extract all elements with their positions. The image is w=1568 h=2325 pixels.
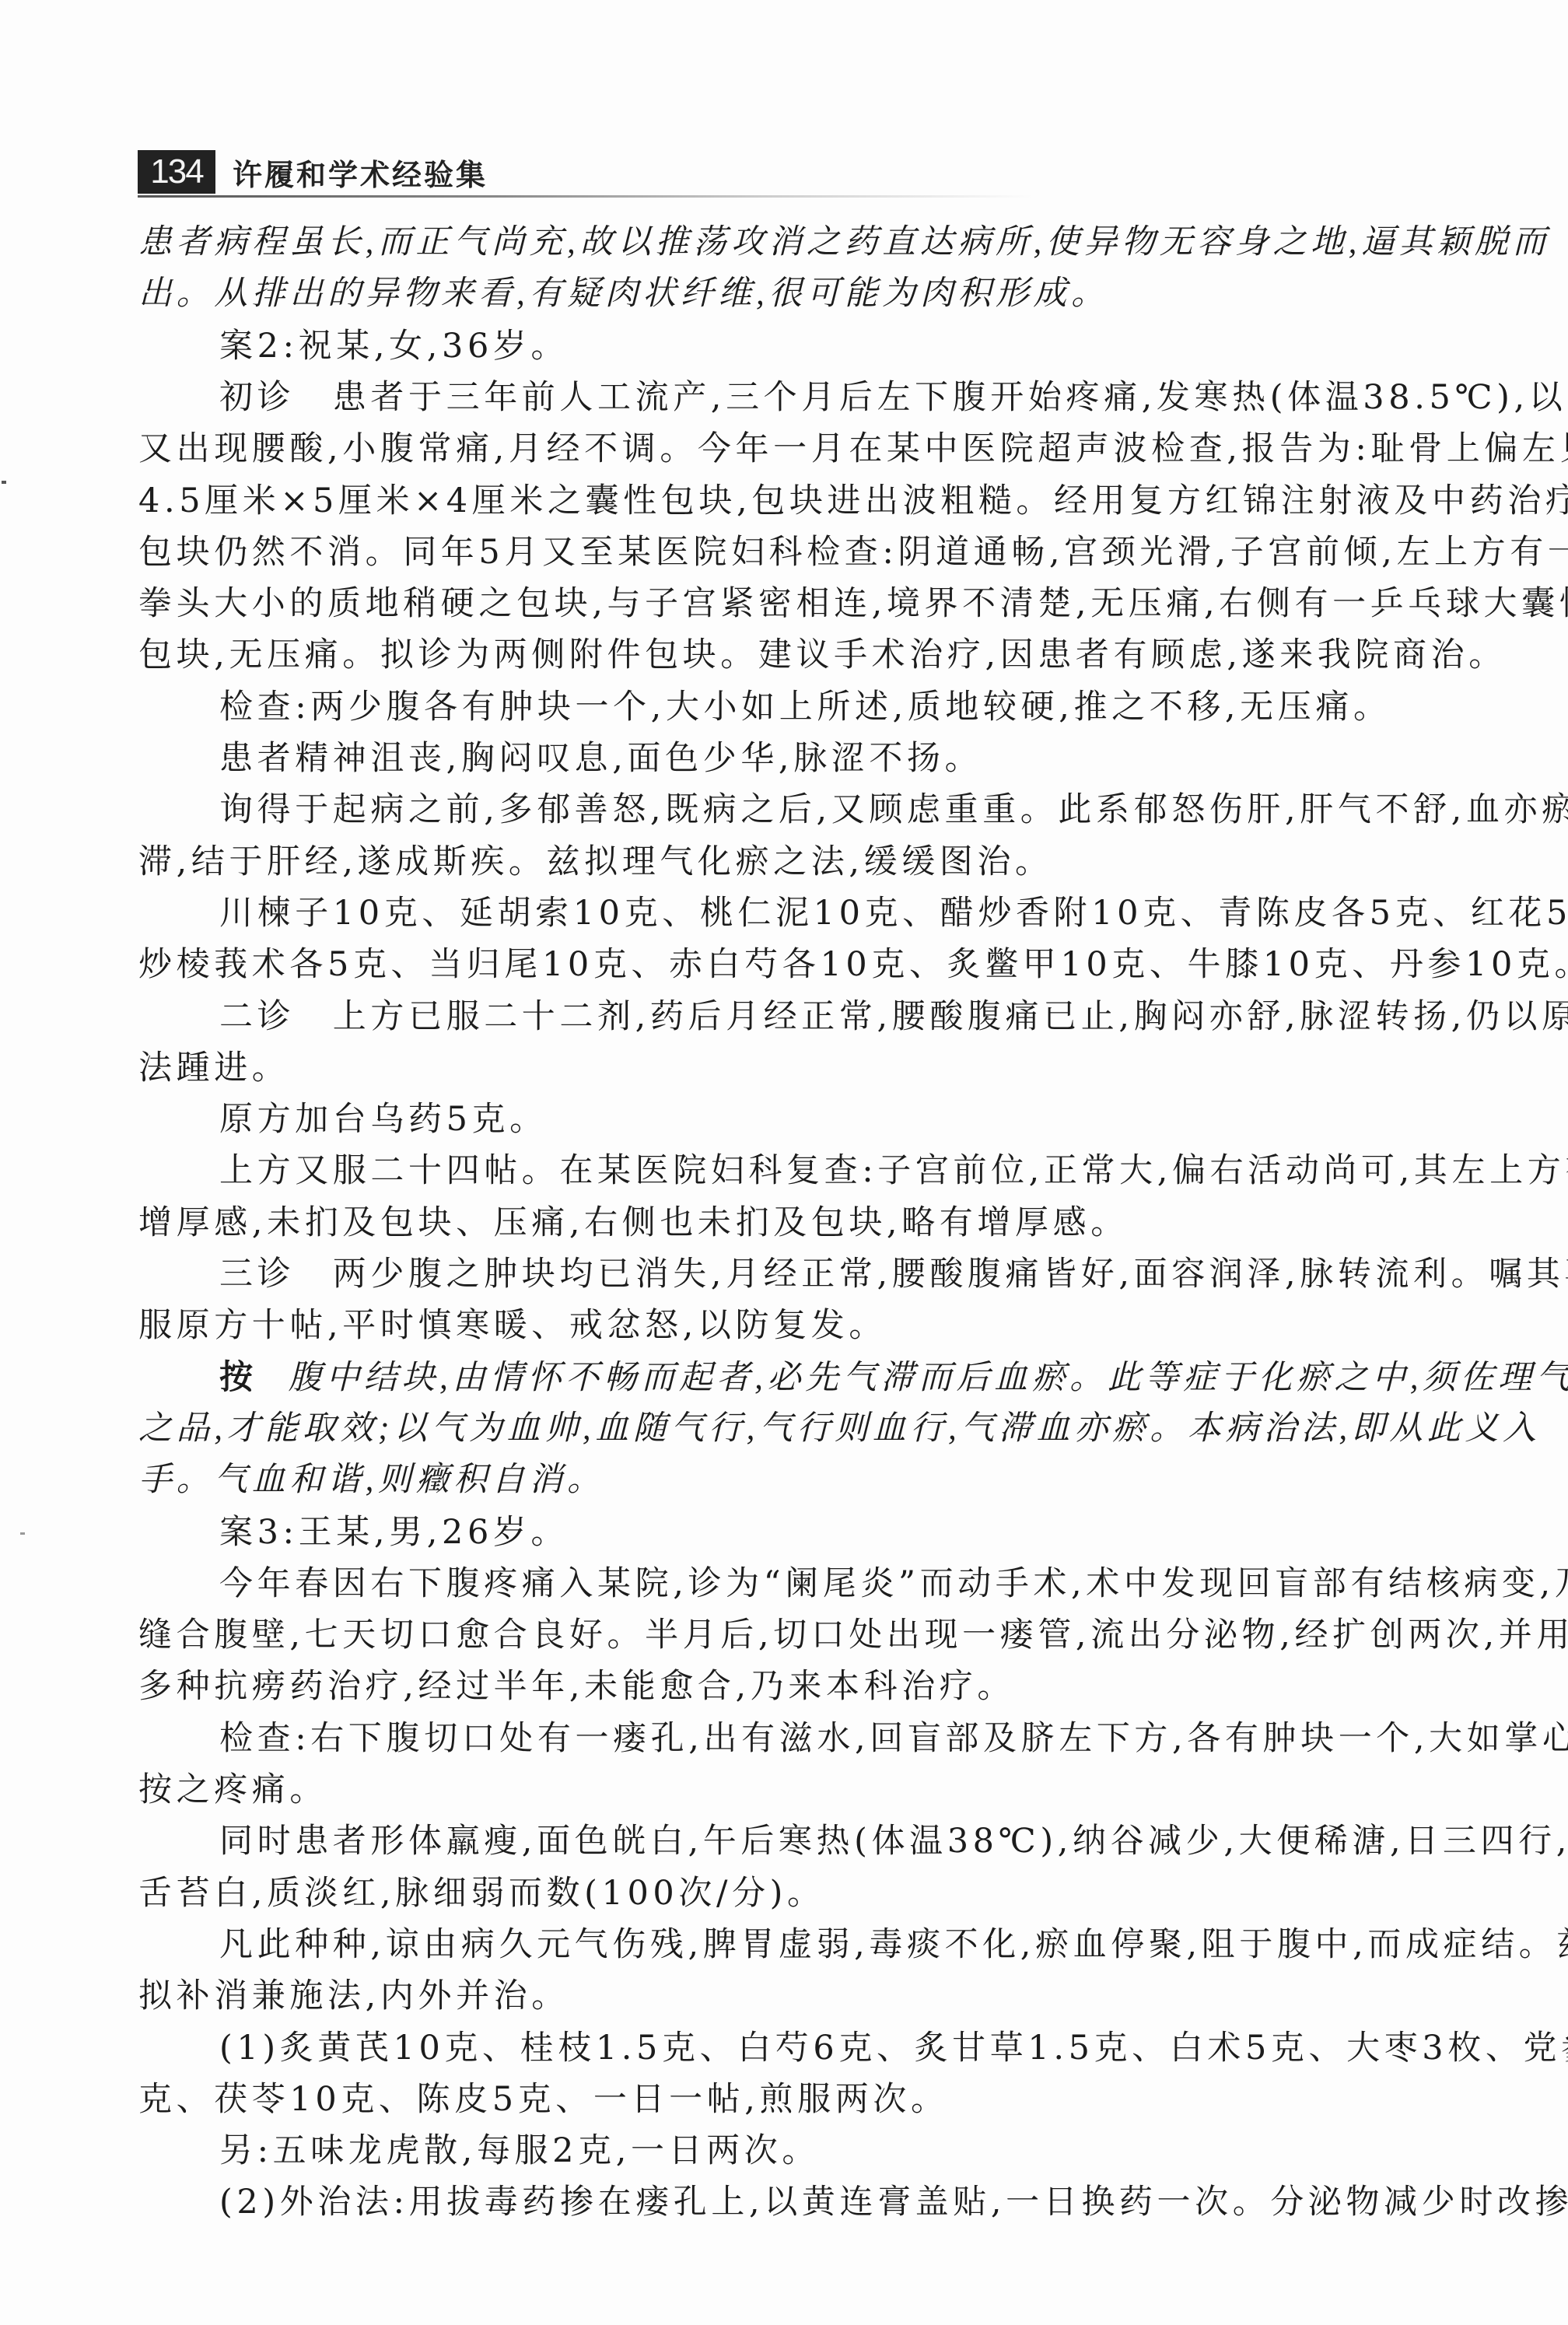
text-line: 上方又服二十四帖。在某医院妇科复查:子宫前位,正常大,偏右活动尚可,其左上方有 xyxy=(219,1145,1470,1196)
line-text: 滞,结于肝经,遂成斯疾。兹拟理气化瘀之法,缓缓图治。 xyxy=(138,842,1053,881)
text-line: 案2:祝某,女,36岁。 xyxy=(219,320,1470,372)
line-text: 包块,无压痛。拟诊为两侧附件包块。建议手术治疗,因患者有顾虑,遂来我院商治。 xyxy=(138,636,1507,674)
text-line: 原方加台乌药5克。 xyxy=(219,1094,1470,1145)
line-text: 手。气血和谐,则癥积自消。 xyxy=(138,1462,605,1498)
commentary-label: 按 xyxy=(219,1358,257,1397)
line-text: 上方又服二十四帖。在某医院妇科复查:子宫前位,正常大,偏右活动尚可,其左上方有 xyxy=(219,1151,1568,1190)
text-line: 手。气血和谐,则癥积自消。 xyxy=(138,1455,1470,1506)
text-line: 另:五味龙虎散,每服2克,一日两次。 xyxy=(219,2125,1470,2176)
page-number: 134 xyxy=(138,150,215,194)
text-line: 炒棱莪术各5克、当归尾10克、赤白芍各10克、炙鳖甲10克、牛膝10克、丹参10… xyxy=(138,939,1470,990)
text-line: 克、茯苓10克、陈皮5克、一日一帖,煎服两次。 xyxy=(138,2074,1470,2125)
text-line: 又出现腰酸,小腹常痛,月经不调。今年一月在某中医院超声波检查,报告为:耻骨上偏左… xyxy=(138,423,1470,474)
line-text: 服原方十帖,平时慎寒暖、戒忿怒,以防复发。 xyxy=(138,1306,887,1345)
running-header: 134 许履和学术经验集 xyxy=(138,150,488,194)
text-line: 包块仍然不消。同年5月又至某医院妇科检查:阴道通畅,宫颈光滑,子宫前倾,左上方有… xyxy=(138,527,1470,578)
line-text: 之品,才能取效;以气为血帅,血随气行,气行则血行,气滞血亦瘀。本病治法,即从此义… xyxy=(138,1410,1541,1447)
text-line: 按腹中结块,由情怀不畅而起者,必先气滞而后血瘀。此等症于化瘀之中,须佐理气 xyxy=(219,1352,1470,1403)
line-text: 又出现腰酸,小腹常痛,月经不调。今年一月在某中医院超声波检查,报告为:耻骨上偏左… xyxy=(138,429,1568,468)
text-line: 凡此种种,谅由病久元气伤残,脾胃虚弱,毒痰不化,瘀血停聚,阻于腹中,而成症结。兹 xyxy=(219,1919,1470,1970)
text-line: 之品,才能取效;以气为血帅,血随气行,气行则血行,气滞血亦瘀。本病治法,即从此义… xyxy=(138,1403,1470,1455)
text-line: 包块,无压痛。拟诊为两侧附件包块。建议手术治疗,因患者有顾虑,遂来我院商治。 xyxy=(138,629,1470,681)
line-text: 同时患者形体羸瘦,面色㿠白,午后寒热(体温38℃),纳谷减少,大便稀溏,日三四行… xyxy=(219,1822,1568,1861)
line-text: 多种抗痨药治疗,经过半年,未能愈合,乃来本科治疗。 xyxy=(138,1667,1015,1706)
line-text: 克、茯苓10克、陈皮5克、一日一帖,煎服两次。 xyxy=(138,2080,949,2119)
line-text: 三诊 两少腹之肿块均已消失,月经正常,腰酸腹痛皆好,面容润泽,脉转流利。嘱其再 xyxy=(219,1255,1568,1294)
line-text: 法踵进。 xyxy=(138,1049,289,1087)
line-text: (1)炙黄芪10克、桂枝1.5克、白芍6克、炙甘草1.5克、白术5克、大枣3枚、… xyxy=(219,2029,1568,2068)
text-line: 法踵进。 xyxy=(138,1042,1470,1094)
line-text: (2)外治法:用拔毒药掺在瘘孔上,以黄连膏盖贴,一日换药一次。分泌物减少时改掺 xyxy=(219,2183,1568,2222)
line-text: 检查:两少腹各有肿块一个,大小如上所述,质地较硬,推之不移,无压痛。 xyxy=(219,688,1391,727)
text-line: 滞,结于肝经,遂成斯疾。兹拟理气化瘀之法,缓缓图治。 xyxy=(138,836,1470,888)
text-line: 按之疼痛。 xyxy=(138,1764,1470,1816)
line-text: 案2:祝某,女,36岁。 xyxy=(219,327,569,366)
line-text: 川楝子10克、延胡索10克、桃仁泥10克、醋炒香附10克、青陈皮各5克、红花5克… xyxy=(219,894,1568,933)
text-line: 询得于起病之前,多郁善怒,既病之后,又顾虑重重。此系郁怒伤肝,肝气不舒,血亦瘀 xyxy=(219,784,1470,835)
text-line: 今年春因右下腹疼痛入某院,诊为“阑尾炎”而动手术,术中发现回盲部有结核病变,乃 xyxy=(219,1558,1470,1609)
text-line: 拳头大小的质地稍硬之包块,与子宫紧密相连,境界不清楚,无压痛,右侧有一乒乓球大囊… xyxy=(138,578,1470,629)
text-line: 多种抗痨药治疗,经过半年,未能愈合,乃来本科治疗。 xyxy=(138,1661,1470,1712)
line-text: 拟补消兼施法,内外并治。 xyxy=(138,1977,569,2015)
line-text: 4.5厘米×5厘米×4厘米之囊性包块,包块进出波粗糙。经用复方红锦注射液及中药治… xyxy=(138,481,1568,520)
text-line: 增厚感,未扪及包块、压痛,右侧也未扪及包块,略有增厚感。 xyxy=(138,1197,1470,1248)
line-text: 拳头大小的质地稍硬之包块,与子宫紧密相连,境界不清楚,无压痛,右侧有一乒乓球大囊… xyxy=(138,584,1568,623)
text-line: 检查:右下腹切口处有一瘘孔,出有滋水,回盲部及脐左下方,各有肿块一个,大如掌心, xyxy=(219,1713,1470,1764)
line-text: 患者精神沮丧,胸闷叹息,面色少华,脉涩不扬。 xyxy=(219,739,982,778)
text-line: (2)外治法:用拔毒药掺在瘘孔上,以黄连膏盖贴,一日换药一次。分泌物减少时改掺 xyxy=(219,2176,1470,2228)
text-line: 川楝子10克、延胡索10克、桃仁泥10克、醋炒香附10克、青陈皮各5克、红花5克… xyxy=(219,888,1470,939)
line-text: 另:五味龙虎散,每服2克,一日两次。 xyxy=(219,2131,820,2170)
text-line: 三诊 两少腹之肿块均已消失,月经正常,腰酸腹痛皆好,面容润泽,脉转流利。嘱其再 xyxy=(219,1248,1470,1300)
scan-artifact xyxy=(20,1532,25,1535)
line-text: 按之疼痛。 xyxy=(138,1770,327,1809)
text-line: 出。从排出的异物来看,有疑肉状纤维,很可能为肉积形成。 xyxy=(138,268,1470,320)
text-line: 服原方十帖,平时慎寒暖、戒忿怒,以防复发。 xyxy=(138,1300,1470,1351)
text-line: 案3:王某,男,26岁。 xyxy=(219,1507,1470,1558)
text-line: 同时患者形体羸瘦,面色㿠白,午后寒热(体温38℃),纳谷减少,大便稀溏,日三四行… xyxy=(219,1816,1470,1867)
text-line: 初诊 患者于三年前人工流产,三个月后左下腹开始疼痛,发寒热(体温38.5℃),以… xyxy=(219,372,1470,423)
line-text: 检查:右下腹切口处有一瘘孔,出有滋水,回盲部及脐左下方,各有肿块一个,大如掌心, xyxy=(219,1719,1568,1758)
scan-artifact xyxy=(2,481,6,484)
line-text: 今年春因右下腹疼痛入某院,诊为“阑尾炎”而动手术,术中发现回盲部有结核病变,乃 xyxy=(219,1564,1568,1603)
text-line: 二诊 上方已服二十二剂,药后月经正常,腰酸腹痛已止,胸闷亦舒,脉涩转扬,仍以原 xyxy=(219,991,1470,1042)
book-title: 许履和学术经验集 xyxy=(233,151,488,194)
line-text: 凡此种种,谅由病久元气伤残,脾胃虚弱,毒痰不化,瘀血停聚,阻于腹中,而成症结。兹 xyxy=(219,1925,1568,1964)
text-line: (1)炙黄芪10克、桂枝1.5克、白芍6克、炙甘草1.5克、白术5克、大枣3枚、… xyxy=(219,2022,1470,2074)
line-text: 初诊 患者于三年前人工流产,三个月后左下腹开始疼痛,发寒热(体温38.5℃),以… xyxy=(219,378,1568,417)
line-text: 腹中结块,由情怀不畅而起者,必先气滞而后血瘀。此等症于化瘀之中,须佐理气 xyxy=(289,1360,1568,1396)
line-text: 案3:王某,男,26岁。 xyxy=(219,1513,569,1552)
line-text: 患者病程虽长,而正气尚充,故以推荡攻消之药直达病所,使异物无容身之地,逼其颖脱而 xyxy=(138,224,1550,261)
text-line: 缝合腹壁,七天切口愈合良好。半月后,切口处出现一瘘管,流出分泌物,经扩创两次,并… xyxy=(138,1609,1470,1661)
text-line: 4.5厘米×5厘米×4厘米之囊性包块,包块进出波粗糙。经用复方红锦注射液及中药治… xyxy=(138,475,1470,527)
line-text: 二诊 上方已服二十二剂,药后月经正常,腰酸腹痛已止,胸闷亦舒,脉涩转扬,仍以原 xyxy=(219,997,1568,1036)
line-text: 询得于起病之前,多郁善怒,既病之后,又顾虑重重。此系郁怒伤肝,肝气不舒,血亦瘀 xyxy=(219,790,1568,829)
line-text: 缝合腹壁,七天切口愈合良好。半月后,切口处出现一瘘管,流出分泌物,经扩创两次,并… xyxy=(138,1616,1568,1654)
line-text: 原方加台乌药5克。 xyxy=(219,1100,548,1139)
line-text: 包块仍然不消。同年5月又至某医院妇科检查:阴道通畅,宫颈光滑,子宫前倾,左上方有… xyxy=(138,533,1568,572)
header-rule-divider xyxy=(138,195,1032,198)
text-line: 患者病程虽长,而正气尚充,故以推荡攻消之药直达病所,使异物无容身之地,逼其颖脱而 xyxy=(138,217,1470,268)
line-text: 炒棱莪术各5克、当归尾10克、赤白芍各10克、炙鳖甲10克、牛膝10克、丹参10… xyxy=(138,945,1568,984)
line-text: 舌苔白,质淡红,脉细弱而数(100次/分)。 xyxy=(138,1874,825,1913)
line-text: 出。从排出的异物来看,有疑肉状纤维,很可能为肉积形成。 xyxy=(138,275,1109,312)
text-line: 检查:两少腹各有肿块一个,大小如上所述,质地较硬,推之不移,无压痛。 xyxy=(219,681,1470,733)
text-line: 舌苔白,质淡红,脉细弱而数(100次/分)。 xyxy=(138,1868,1470,1919)
text-line: 拟补消兼施法,内外并治。 xyxy=(138,1970,1470,2022)
line-text: 增厚感,未扪及包块、压痛,右侧也未扪及包块,略有增厚感。 xyxy=(138,1203,1129,1242)
text-line: 患者精神沮丧,胸闷叹息,面色少华,脉涩不扬。 xyxy=(219,733,1470,784)
